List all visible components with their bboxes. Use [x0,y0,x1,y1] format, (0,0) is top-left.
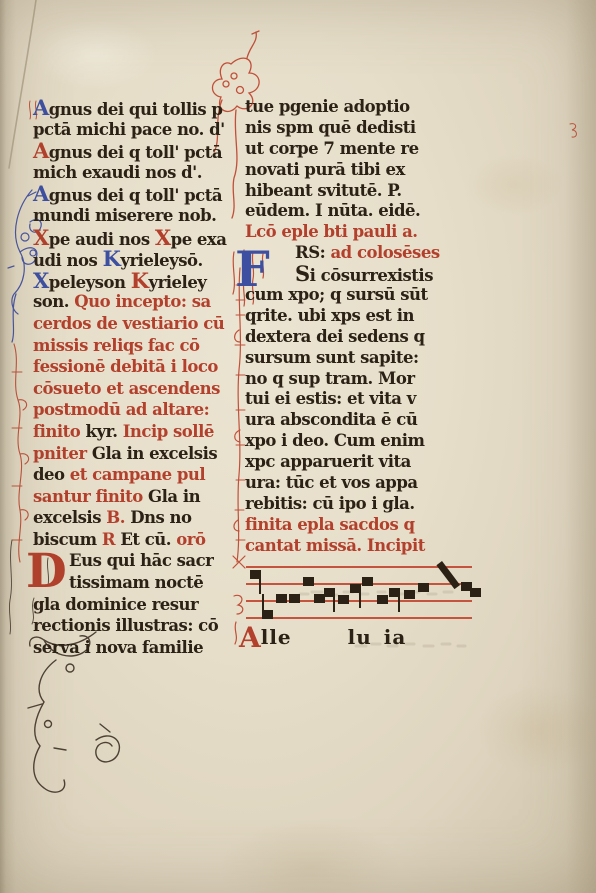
text-segment: excelsis [33,508,106,527]
text-segment: postmodū ad altare: [33,400,209,419]
text-line: RS: ad colosēses [245,243,465,264]
text-line: fessionē debitā i loco [33,356,239,378]
text-line: Xpe audi nos Xpe exa [33,227,239,249]
text-line: pniter Gla in excelsis [33,443,239,465]
text-segment: hibeant svitutē. P. [245,181,402,200]
text-segment: gnus dei q toll' pctā [49,186,222,205]
text-segment: novati purā tibi ex [245,160,405,179]
text-segment: S [295,261,310,286]
left-margin-flourish-red [12,344,29,562]
illuminated-initial-d: D [26,548,67,595]
text-line: Lcō eple bti pauli a. [245,222,465,243]
text-segment: cōsueto et ascendens [33,379,220,398]
staff-line [246,617,472,619]
text-line: excelsis B. Dns no [33,507,239,529]
text-segment: Eus qui hāc sacr [69,551,213,570]
text-segment: santur finito [33,487,148,506]
text-segment: yrieley [149,273,207,292]
alleluia-line: Alleluia [239,621,406,654]
text-segment: ad colosēses [330,243,439,262]
text-segment: A [33,138,49,163]
text-segment: RS: [295,243,330,262]
text-segment: finita epla sacdos q [245,515,415,534]
neume-note [418,583,429,592]
text-segment: i cōsurrexistis [310,266,433,285]
text-segment: X [155,225,171,250]
text-segment: serva i nova familie [33,638,203,657]
text-line: Agnus dei q toll' pctā [33,183,239,205]
text-line: mundi miserere nob. [33,205,239,227]
text-line: finita epla sacdos q [245,515,465,536]
text-segment: no q sup tram. Mor [245,369,415,388]
neume-note [289,594,300,603]
text-line: tui ei estis: et vita v [245,389,465,410]
neume-note [276,594,287,603]
alleluia-syllable: lu [348,625,372,649]
text-segment: A [33,95,49,120]
text-segment: xpo i deo. Cum enim [245,431,424,450]
text-segment: orō [176,530,205,549]
text-segment: sursum sunt sapite: [245,348,419,367]
text-segment: deo [33,465,70,484]
text-segment: dextera dei sedens q [245,327,425,346]
text-segment: xpc apparuerit vita [245,452,411,471]
text-line: Si cōsurrexistis [245,264,465,285]
page-fold-line [9,0,36,168]
alleluia-initial: A [239,621,261,654]
text-segment: mich exaudi nos d'. [33,163,202,182]
text-segment: cantat missā. Incipit [245,536,425,555]
text-segment: tue pgenie adoptio [245,97,410,116]
text-segment: Gla in [148,487,200,506]
text-line: Xpeleyson Kyrieley [33,270,239,292]
text-segment: finito [33,422,86,441]
note-stem [259,574,261,594]
text-line: ut corpe 7 mente re [245,139,465,160]
text-line: son. Quo incepto: sa [33,291,239,313]
text-line: eūdem. I nūta. eidē. [245,201,465,222]
text-segment: K [103,246,121,271]
alleluia-syllable: lle [261,625,292,649]
neume-note [470,588,481,597]
text-segment: Gla in excelsis [92,444,217,463]
text-segment: pniter [33,444,92,463]
text-line: nis spm quē dedisti [245,118,465,139]
text-segment: gnus dei q toll' pctā [49,143,222,162]
music-staff [246,558,472,624]
text-segment: tissimam noctē [69,573,203,592]
text-segment: B. [106,508,130,527]
text-line: ura abscondita ē cū [245,410,465,431]
neume-note [262,610,273,619]
text-segment: rectionis illustras: cō [33,616,218,635]
note-stem [359,588,361,608]
text-line: cerdos de vestiario cū [33,313,239,335]
text-segment: Et cū. [120,530,176,549]
note-stem [398,592,400,612]
text-line: cum xpo; q sursū sūt [245,285,465,306]
text-line: novati purā tibi ex [245,160,465,181]
text-segment: X [33,225,49,250]
text-segment: A [33,181,49,206]
text-line: ura: tūc et vos appa [245,473,465,494]
text-line: pctā michi pace no. d' [33,119,239,141]
text-segment: peleyson [49,273,131,292]
text-segment: cerdos de vestiario cū [33,314,224,333]
text-line: dextera dei sedens q [245,327,465,348]
text-line: rectionis illustras: cō [33,615,239,637]
text-segment: missis reliqs fac cō [33,336,200,355]
text-line: mich exaudi nos d'. [33,162,239,184]
text-line: cantat missā. Incipit [245,536,465,557]
text-line: serva i nova familie [33,637,239,659]
text-line: tue pgenie adoptio [245,97,465,118]
text-line: rebitis: cū ipo i gla. [245,494,465,515]
text-line: cōsueto et ascendens [33,378,239,400]
text-line: hibeant svitutē. P. [245,181,465,202]
neume-note [362,577,373,586]
text-line: finito kyr. Incip sollē [33,421,239,443]
text-line: xpo i deo. Cum enim [245,431,465,452]
note-stem [333,592,335,612]
text-line: Agnus dei q toll' pctā [33,140,239,162]
manuscript-page: Agnus dei qui tollis ppctā michi pace no… [0,0,596,893]
text-segment: et campane pul [70,465,205,484]
text-segment: K [131,268,149,293]
text-segment: cum xpo; q sursū sūt [245,285,428,304]
neume-note [404,590,415,599]
text-segment: kyr. [86,422,123,441]
text-line: sursum sunt sapite: [245,348,465,369]
text-line: santur finito Gla in [33,486,239,508]
text-segment: qrite. ubi xps est in [245,306,414,325]
text-segment: ura: tūc et vos appa [245,473,418,492]
text-segment: fessionē debitā i loco [33,357,218,376]
text-segment: eūdem. I nūta. eidē. [245,201,420,220]
text-segment: X [33,268,49,293]
right-margin-mark-red [570,124,577,137]
text-segment: mundi miserere nob. [33,206,216,225]
text-line: Agnus dei qui tollis p [33,97,239,119]
text-line: deo et campane pul [33,464,239,486]
text-segment: ut corpe 7 mente re [245,139,419,158]
text-segment: son. [33,292,74,311]
text-segment: Incip sollē [123,422,214,441]
text-segment: Quo incepto: sa [74,292,210,311]
text-line: missis reliqs fac cō [33,335,239,357]
text-line: no q sup tram. Mor [245,369,465,390]
text-segment: Lcō eple bti pauli a. [245,222,418,241]
text-line: xpc apparuerit vita [245,452,465,473]
text-line: qrite. ubi xps est in [245,306,465,327]
text-segment: pctā michi pace no. d' [33,120,225,139]
text-line: postmodū ad altare: [33,399,239,421]
text-segment: gnus dei qui tollis p [49,100,223,119]
text-line: udi nos Kyrieleysō. [33,248,239,270]
illuminated-initial-f: F [235,245,270,294]
text-segment: pe exa [171,230,227,249]
text-segment: ura abscondita ē cū [245,410,417,429]
alleluia-syllable: ia [384,625,407,649]
text-segment: rebitis: cū ipo i gla. [245,494,415,513]
neume-note [303,577,314,586]
note-stem [262,594,264,610]
text-segment: R [102,530,120,549]
text-segment: Dns no [130,508,191,527]
text-segment: tui ei estis: et vita v [245,389,416,408]
text-column-right: tue pgenie adoptionis spm quē dedistiut … [245,97,465,557]
neume-note [338,595,349,604]
text-segment: nis spm quē dedisti [245,118,416,137]
neume-note [377,595,388,604]
